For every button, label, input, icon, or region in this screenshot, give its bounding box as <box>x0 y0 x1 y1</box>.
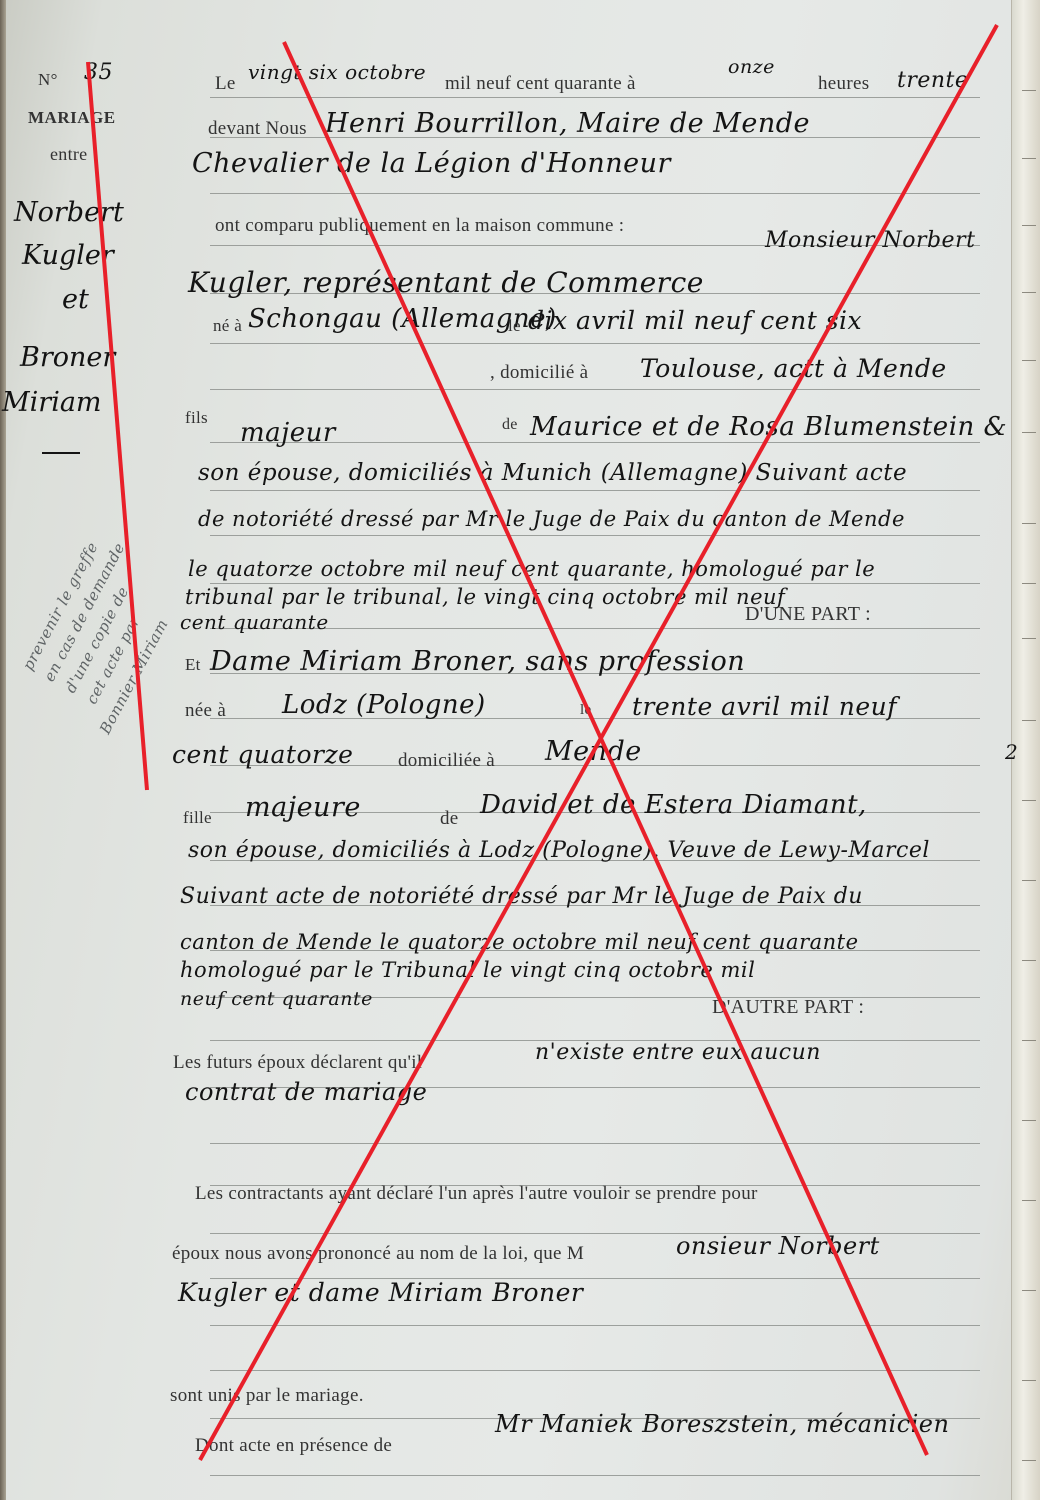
hand-majeur: majeur <box>240 418 336 448</box>
hand-groom-domicile: Toulouse, actt à Mende <box>640 354 947 383</box>
printed-le-birth: le <box>508 316 521 336</box>
register-page: N° 35 MARIAGE entre Norbert Kugler et Br… <box>0 0 1040 1500</box>
printed-de-bride-parents: de <box>440 808 459 830</box>
printed-nee-a: née à <box>185 700 226 722</box>
hand-notoriety-3: tribunal par le tribunal, le vingt cinq … <box>185 585 785 609</box>
hand-date: vingt six octobre <box>248 60 426 84</box>
hand-groom-birthdate: dix avril mil neuf cent six <box>528 306 862 335</box>
printed-contractants: Les contractants ayant déclaré l'un aprè… <box>195 1183 758 1205</box>
hand-bride-notoriety-2: canton de Mende le quatorze octobre mil … <box>180 930 859 954</box>
printed-de-parents: de <box>502 416 518 434</box>
printed-fils: fils <box>185 408 208 428</box>
act-number-label: N° <box>38 70 58 90</box>
printed-d-une-part: D'UNE PART : <box>745 603 871 626</box>
hand-mayor-title: Chevalier de la Légion d'Honneur <box>192 148 671 179</box>
margin-dash <box>42 452 80 454</box>
margin-name-norbert: Norbert <box>14 195 124 231</box>
printed-dont-acte: Dont acte en présence de <box>195 1435 392 1457</box>
right-margin-mark: 2 <box>1005 740 1018 764</box>
printed-le-bride: le <box>580 702 591 719</box>
printed-fille: fille <box>183 808 212 828</box>
margin-name-et: et <box>62 282 89 318</box>
printed-prononce: époux nous avons prononcé au nom de la l… <box>172 1243 584 1265</box>
margin-name-miriam: Miriam <box>2 385 102 421</box>
printed-sont-unis: sont unis par le mariage. <box>170 1385 364 1407</box>
margin-name-kugler: Kugler <box>22 238 114 274</box>
printed-year: mil neuf cent quarante à <box>445 73 636 95</box>
hand-groom-profession: Kugler, représentant de Commerce <box>188 266 704 299</box>
margin-between: entre <box>50 144 87 165</box>
book-binding <box>0 0 6 1500</box>
hand-bride-notoriety-4: neuf cent quarante <box>180 988 373 1010</box>
hand-groom-parents-domicile: son épouse, domiciliés à Munich (Allemag… <box>198 460 907 486</box>
hand-mayor: Henri Bourrillon, Maire de Mende <box>325 108 810 139</box>
hand-bride-birthplace: Lodz (Pologne) <box>282 690 486 720</box>
hand-notoriety-1: de notoriété dressé par Mr le Juge de Pa… <box>198 507 905 531</box>
printed-devant-nous: devant Nous <box>208 118 307 140</box>
hand-couple-names: Kugler et dame Miriam Broner <box>178 1278 583 1307</box>
hand-bride-notoriety-1: Suivant acte de notoriété dressé par Mr … <box>180 884 863 909</box>
printed-d-autre-part: D'AUTRE PART : <box>712 996 864 1019</box>
hand-contract-de-mariage: contrat de mariage <box>185 1078 427 1106</box>
hand-bride-parents: David et de Estera Diamant, <box>480 790 867 820</box>
printed-heures: heures <box>818 73 869 95</box>
hand-bride-birthyear: cent quatorze <box>172 740 353 769</box>
margin-name-broner: Broner <box>20 340 115 376</box>
printed-et: Et <box>185 655 201 675</box>
hand-bride-parents-domicile: son épouse, domiciliés à Lodz (Pologne).… <box>188 838 930 863</box>
printed-ont-comparu: ont comparu publiquement en la maison co… <box>215 215 624 237</box>
hand-hour: onze <box>728 56 775 78</box>
printed-domiciliee: domiciliée à <box>398 750 495 772</box>
hand-bride-notoriety-3: homologué par le Tribunal le vingt cinq … <box>180 958 755 982</box>
hand-minutes: trente <box>897 68 968 93</box>
printed-le: Le <box>215 73 236 95</box>
margin-title: MARIAGE <box>28 108 116 128</box>
printed-ne-a: né à <box>213 316 242 336</box>
hand-no-contract: n'existe entre eux aucun <box>535 1040 821 1065</box>
act-number-value: 35 <box>84 60 113 85</box>
hand-notoriety-2: le quatorze octobre mil neuf cent quaran… <box>188 557 875 581</box>
hand-witness: Mr Maniek Boreszstein, mécanicien <box>495 1410 949 1438</box>
hand-majeure: majeure <box>245 792 361 823</box>
printed-futurs-epoux: Les futurs époux déclarent qu'il <box>173 1052 422 1074</box>
hand-groom-parents: Maurice et de Rosa Blumenstein & <box>530 412 1007 442</box>
hand-bride-name: Dame Miriam Broner, sans profession <box>210 646 745 677</box>
hand-bride-domicile: Mende <box>545 736 642 767</box>
hand-notoriety-4: cent quarante <box>180 610 329 634</box>
hand-groom-firstname: Monsieur Norbert <box>765 228 975 253</box>
hand-bride-birthdate: trente avril mil neuf <box>632 692 897 721</box>
printed-domicilie: , domicilié à <box>490 362 588 384</box>
hand-groom-pronounced: onsieur Norbert <box>676 1232 880 1260</box>
